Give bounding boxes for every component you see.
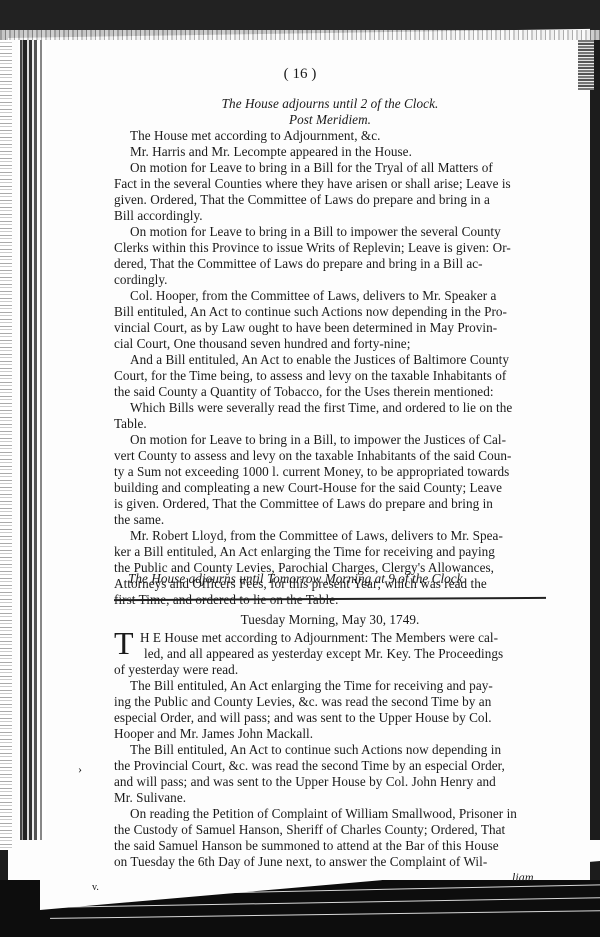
page-number: ( 16 )	[0, 66, 600, 82]
text-line: Mr. Robert Lloyd, from the Committee of …	[130, 528, 503, 544]
text-line: given. Ordered, That the Committee of La…	[114, 192, 490, 208]
adjourn-heading: The House adjourns until 2 of the Clock.	[114, 96, 546, 112]
text-line: On motion for Leave to bring in a Bill t…	[130, 224, 501, 240]
date-heading: Tuesday Morning, May 30, 1749.	[114, 612, 546, 628]
text-line: On motion for Leave to bring in a Bill, …	[130, 432, 506, 448]
text-line: especial Order, and will pass; and was s…	[114, 710, 492, 726]
catchword: liam	[512, 869, 534, 885]
text-line: and will pass; and was sent to the Upper…	[114, 774, 496, 790]
text-line: Fact in the several Counties where they …	[114, 176, 511, 192]
text-line: the said Samuel Hanson be summoned to at…	[114, 838, 499, 854]
text-line: led, and all appeared as yesterday excep…	[144, 646, 503, 662]
text-line: Court, for the Time being, to assess and…	[114, 368, 506, 384]
text-line: On reading the Petition of Complaint of …	[130, 806, 517, 822]
text-line: The Bill entituled, An Act to continue s…	[130, 742, 501, 758]
text-line: Clerks within this Province to issue Wri…	[114, 240, 511, 256]
text-line: dered, That the Committee of Laws do pre…	[114, 256, 483, 272]
text-line: ing the Public and County Levies, &c. wa…	[114, 694, 491, 710]
margin-mark: ›	[78, 762, 82, 777]
text-line: on Tuesday the 6th Day of June next, to …	[114, 854, 487, 870]
text-line: Col. Hooper, from the Committee of Laws,…	[130, 288, 496, 304]
text-line: cordingly.	[114, 272, 167, 288]
drop-cap: T	[114, 628, 134, 658]
text-line: And a Bill entituled, An Act to enable t…	[130, 352, 509, 368]
text-line: The Bill entituled, An Act enlarging the…	[130, 678, 493, 694]
text-line: Bill entituled, An Act to continue such …	[114, 304, 507, 320]
text-line: vert County to assess and levy on the ta…	[114, 448, 511, 464]
text-line: the Provincial Court, &c. was read the s…	[114, 758, 505, 774]
text-line: is given. Ordered, That the Committee of…	[114, 496, 493, 512]
text-line: the Custody of Samuel Hanson, Sheriff of…	[114, 822, 505, 838]
text-line: On motion for Leave to bring in a Bill f…	[130, 160, 493, 176]
text-line: Table.	[114, 416, 147, 432]
text-line: the said County a Quantity of Tobacco, f…	[114, 384, 494, 400]
text-line: of yesterday were read.	[114, 662, 238, 678]
adjourn-morning-line: The House adjourns until Tomorrow Mornin…	[128, 571, 466, 587]
text-line: Hooper and Mr. James John Mackall.	[114, 726, 313, 742]
text-line: Mr. Harris and Mr. Lecompte appeared in …	[130, 144, 412, 160]
text-line: The House met according to Adjournment, …	[130, 128, 380, 144]
text-line: ker a Bill entituled, An Act enlarging t…	[114, 544, 495, 560]
text-line: ty a Sum not exceeding 1000 l. current M…	[114, 464, 509, 480]
text-line: Bill accordingly.	[114, 208, 203, 224]
signature-mark: v.	[92, 880, 99, 896]
text-line: building and compleating a new Court-Hou…	[114, 480, 502, 496]
text-line: the same.	[114, 512, 164, 528]
page-text: ( 16 ) The House adjourns until 2 of the…	[0, 0, 600, 937]
post-meridiem-heading: Post Meridiem.	[114, 112, 546, 128]
text-line: Mr. Sulivane.	[114, 790, 186, 806]
text-line: Which Bills were severally read the firs…	[130, 400, 512, 416]
text-line: H E House met according to Adjournment: …	[140, 630, 498, 646]
text-line: cial Court, One thousand seven hundred a…	[114, 336, 410, 352]
text-line: vincial Court, as by Law ought to have b…	[114, 320, 497, 336]
